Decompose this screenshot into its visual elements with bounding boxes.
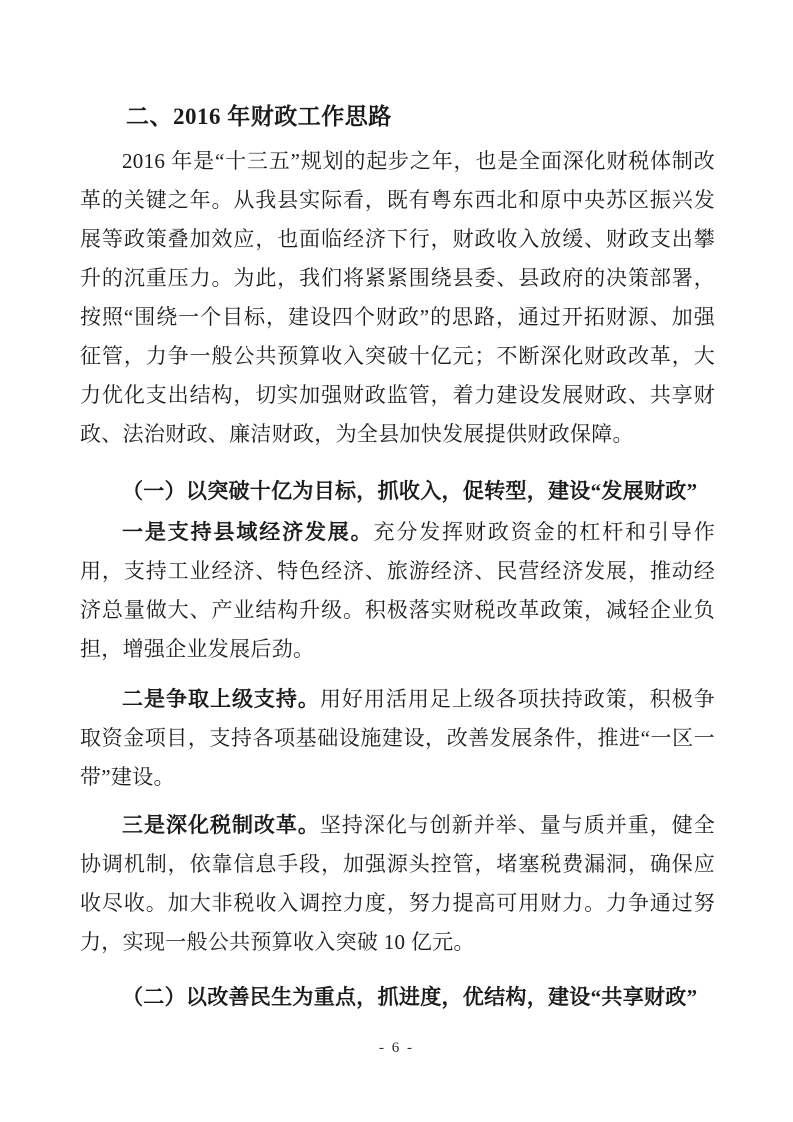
section-heading-2: （二）以改善民生为重点，抓进度，优结构，建设“共享财政” — [80, 978, 715, 1017]
document-title: 二、2016 年财政工作思路 — [80, 102, 715, 132]
paragraph-lead: 三是深化税制改革。 — [122, 813, 320, 837]
paragraph-third-point: 三是深化税制改革。坚持深化与创新并举、量与质并重，健全协调机制，依靠信息手段，加… — [80, 806, 715, 962]
page-number: - 6 - — [0, 1040, 793, 1057]
intro-paragraph: 2016 年是“十三五”规划的起步之年，也是全面深化财税体制改革的关键之年。从我… — [80, 142, 715, 454]
paragraph-first-point: 一是支持县域经济发展。充分发挥财政资金的杠杆和引导作用，支持工业经济、特色经济、… — [80, 513, 715, 669]
paragraph-lead: 一是支持县域经济发展。 — [122, 520, 374, 544]
paragraph-second-point: 二是争取上级支持。用好用活用足上级各项扶持政策，积极争取资金项目，支持各项基础设… — [80, 680, 715, 797]
section-heading-1: （一）以突破十亿为目标，抓收入，促转型，建设“发展财政” — [80, 472, 715, 511]
paragraph-lead: 二是争取上级支持。 — [122, 687, 320, 711]
document-page: 二、2016 年财政工作思路 2016 年是“十三五”规划的起步之年，也是全面深… — [0, 0, 793, 1122]
